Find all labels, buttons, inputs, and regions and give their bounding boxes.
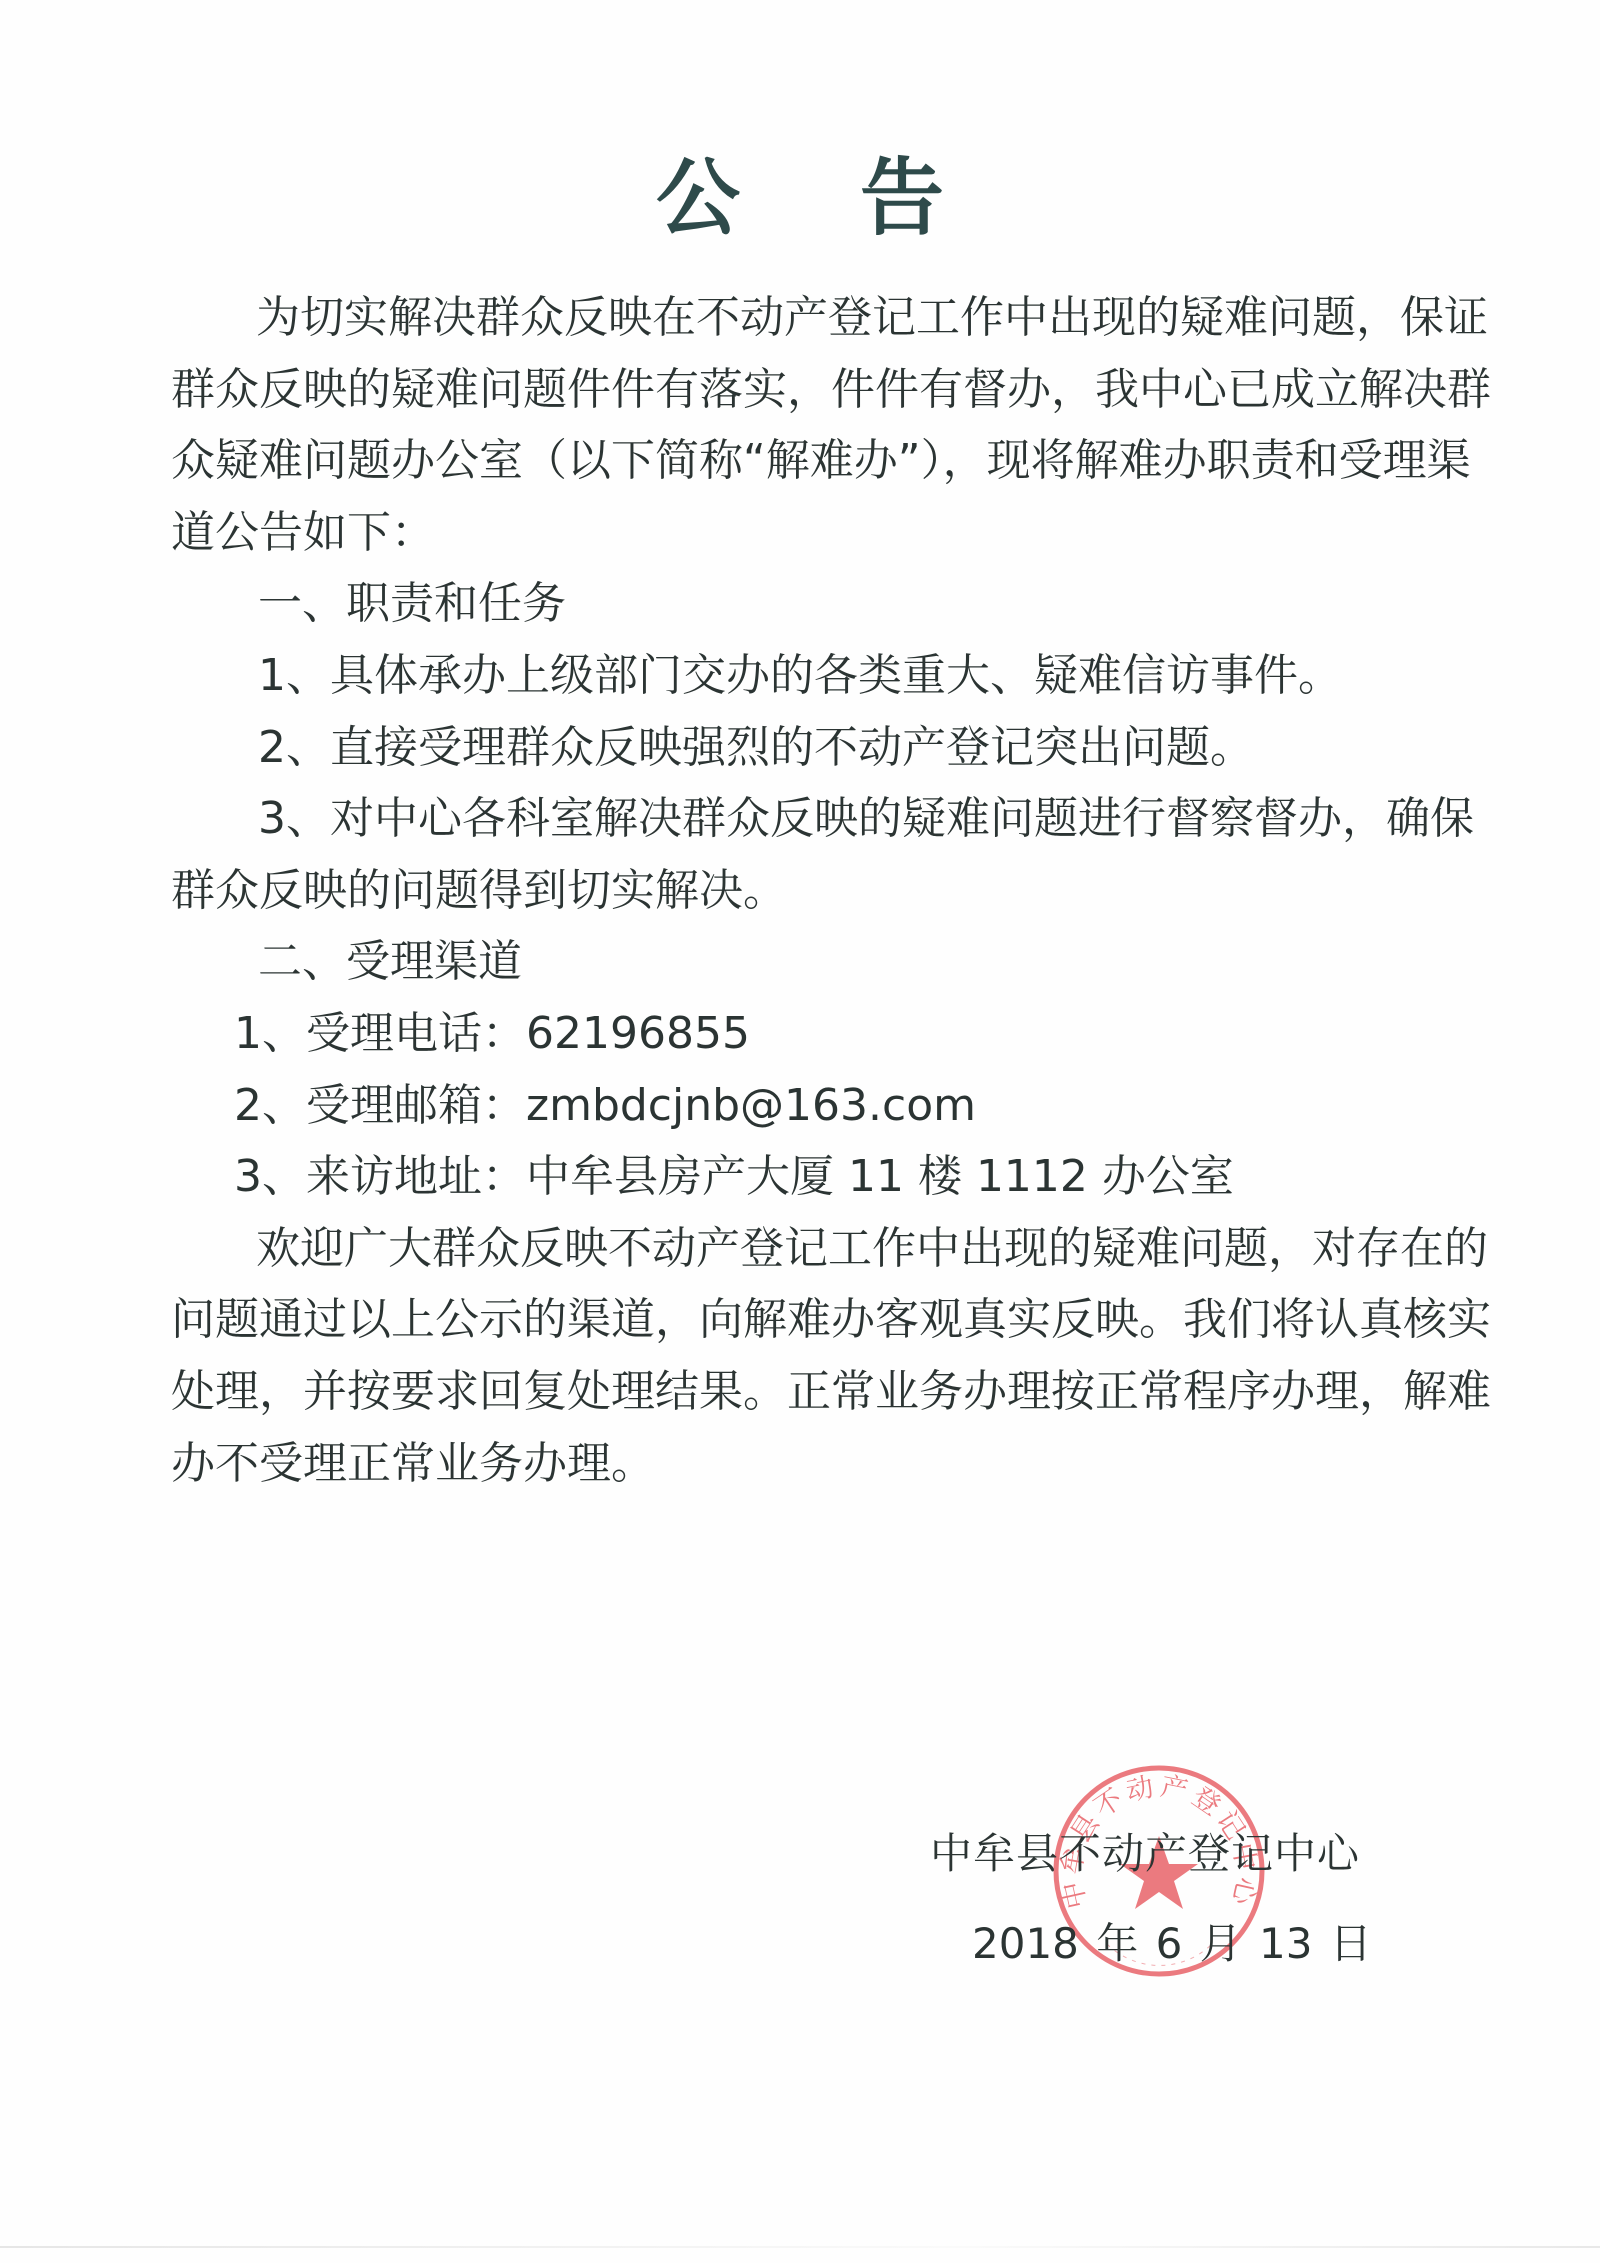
scan-edge-line (0, 2246, 1600, 2248)
channel-address: 3、来访地址：中牟县房产大厦 11 楼 1112 办公室 (171, 1141, 1433, 1213)
intro-line-1: 为切实解决群众反映在不动产登记工作中出现的疑难问题，保证 (171, 282, 1433, 354)
intro-line-4: 道公告如下： (171, 497, 1433, 569)
closing-line-2: 问题通过以上公示的渠道，向解难办客观真实反映。我们将认真核实 (171, 1284, 1433, 1356)
duty-item-2: 2、直接受理群众反映强烈的不动产登记突出问题。 (171, 712, 1433, 784)
signature-date: 2018 年 6 月 13 日 (972, 1918, 1372, 1970)
closing-line-4: 办不受理正常业务办理。 (171, 1428, 1433, 1500)
channel-email: 2、受理邮箱：zmbdcjnb@163.com (171, 1070, 1433, 1142)
closing-line-1: 欢迎广大群众反映不动产登记工作中出现的疑难问题，对存在的 (171, 1213, 1433, 1285)
duty-item-3-continued: 群众反映的问题得到切实解决。 (171, 855, 1433, 927)
signature-organization: 中牟县不动产登记中心 (930, 1828, 1360, 1880)
document-page: 公告 为切实解决群众反映在不动产登记工作中出现的疑难问题，保证 群众反映的疑难问… (0, 0, 1600, 2263)
intro-line-2: 群众反映的疑难问题件件有落实，件件有督办，我中心已成立解决群 (171, 354, 1433, 426)
intro-paragraph: 为切实解决群众反映在不动产登记工作中出现的疑难问题，保证 群众反映的疑难问题件件… (171, 282, 1433, 1499)
channel-phone: 1、受理电话：62196855 (171, 998, 1433, 1070)
section-heading-channels: 二、受理渠道 (171, 926, 1433, 998)
duty-item-1: 1、具体承办上级部门交办的各类重大、疑难信访事件。 (171, 640, 1433, 712)
intro-line-3: 众疑难问题办公室（以下简称“解难办”），现将解难办职责和受理渠 (171, 425, 1433, 497)
section-heading-duties: 一、职责和任务 (171, 568, 1433, 640)
closing-line-3: 处理，并按要求回复处理结果。正常业务办理按正常程序办理，解难 (171, 1356, 1433, 1428)
duty-item-3: 3、对中心各科室解决群众反映的疑难问题进行督察督办，确保 (171, 783, 1433, 855)
page-title: 公告 (0, 150, 1600, 246)
